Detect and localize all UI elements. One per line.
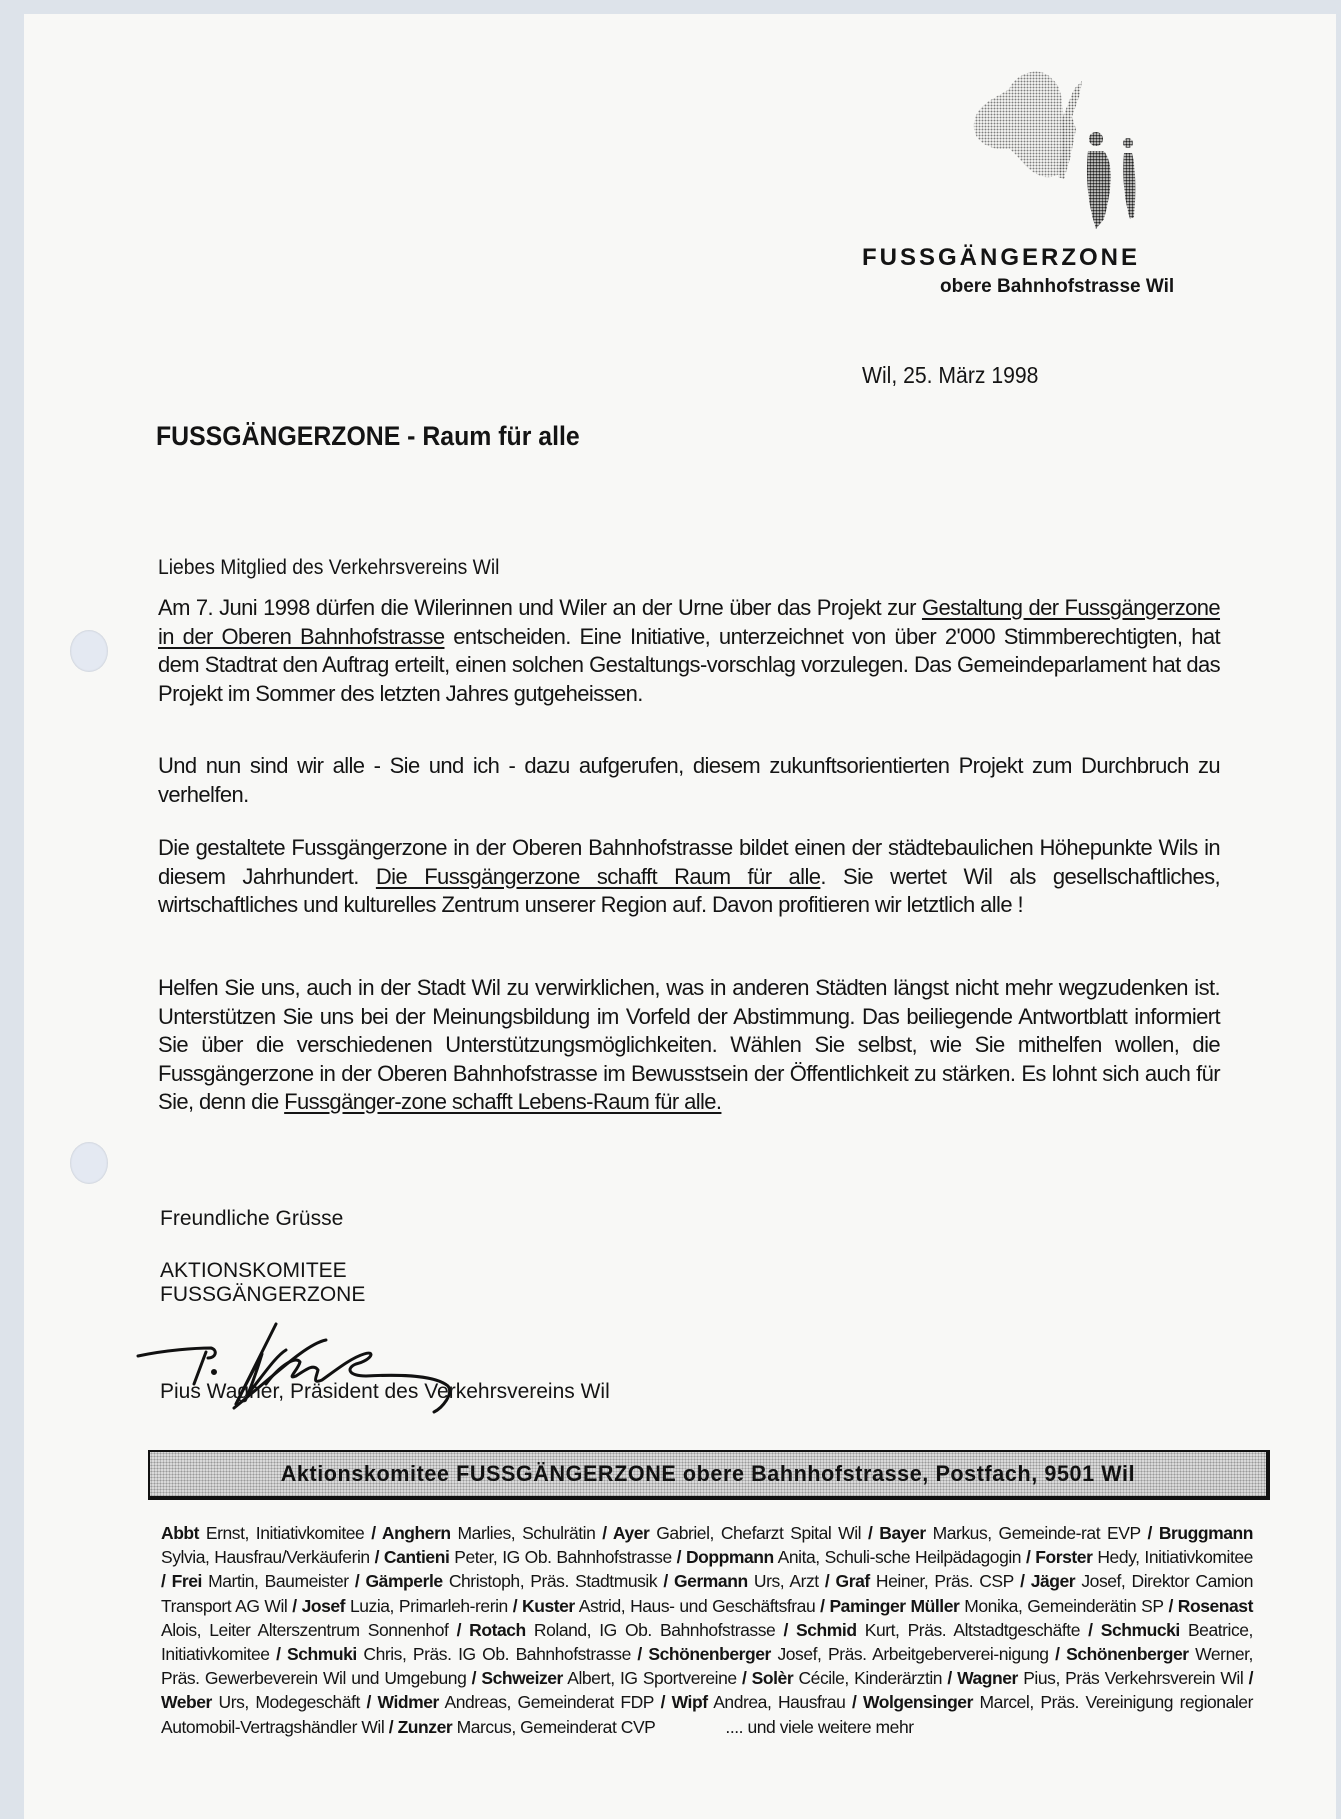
- member-detail: Martin, Baumeister: [202, 1571, 349, 1591]
- member-detail: Andrea, Hausfrau: [708, 1692, 846, 1712]
- handwritten-signature-icon: [136, 1314, 496, 1424]
- member-detail: Luzia, Primarleh-rerin: [345, 1596, 508, 1616]
- member-detail: Chris, Präs. IG Ob. Bahnhofstrasse: [357, 1644, 631, 1664]
- member-separator: /: [448, 1620, 469, 1640]
- underlined-phrase: Fussgänger-zone schafft Lebens-Raum für …: [284, 1089, 721, 1114]
- member-name: Bruggmann: [1159, 1523, 1253, 1543]
- member-separator: /: [1049, 1644, 1067, 1664]
- letterhead-title: FUSSGÄNGERZONE: [862, 244, 1140, 272]
- member-separator: /: [595, 1523, 613, 1543]
- member-separator: /: [672, 1547, 686, 1567]
- member-name: Frei: [172, 1571, 202, 1591]
- member-name: Wagner: [957, 1668, 1018, 1688]
- member-separator: /: [1014, 1571, 1031, 1591]
- member-separator: /: [631, 1644, 649, 1664]
- member-detail: Andreas, Gemeinderat FDP: [439, 1692, 654, 1712]
- members-more-note: .... und viele weitere mehr: [725, 1717, 913, 1737]
- member-detail: Sylvia, Hausfrau/Verkäuferin: [161, 1547, 370, 1567]
- member-name: Schweizer: [481, 1668, 563, 1688]
- member-separator: /: [360, 1692, 378, 1712]
- member-detail: Pius, Präs Verkehrsverein Wil: [1018, 1668, 1243, 1688]
- member-detail: Christoph, Präs. Stadtmusik: [443, 1571, 658, 1591]
- member-name: Schmid: [796, 1620, 857, 1640]
- member-detail: Astrid, Haus- und Geschäftsfrau: [575, 1596, 815, 1616]
- member-detail: Josef, Präs. Arbeitgeberverei-nigung: [771, 1644, 1049, 1664]
- member-separator: /: [1164, 1596, 1178, 1616]
- member-separator: /: [654, 1692, 672, 1712]
- committee-name-line1: AKTIONSKOMITEE: [160, 1258, 347, 1283]
- member-name: Rosenast: [1178, 1596, 1253, 1616]
- closing-greeting: Freundliche Grüsse: [160, 1206, 343, 1231]
- member-separator: /: [270, 1644, 288, 1664]
- member-name: Jäger: [1031, 1571, 1075, 1591]
- member-name: Abbt: [161, 1523, 199, 1543]
- member-detail: Albert, IG Sportvereine: [563, 1668, 737, 1688]
- signatory: Pius Wagner, Präsident des Verkehrsverei…: [160, 1379, 610, 1404]
- paragraph-text: Und nun sind wir alle - Sie und ich - da…: [158, 753, 1220, 807]
- member-detail: Marlies, Schulrätin: [451, 1523, 596, 1543]
- member-detail: Alois, Leiter Alterszentrum Sonnenhof: [161, 1620, 448, 1640]
- letter-headline: FUSSGÄNGERZONE - Raum für alle: [156, 421, 580, 452]
- underlined-phrase: Die Fussgängerzone schafft Raum für alle: [376, 864, 821, 889]
- banner-text: Aktionskomitee FUSSGÄNGERZONE obere Bahn…: [281, 1461, 1135, 1487]
- member-name: Ayer: [613, 1523, 649, 1543]
- member-separator: /: [508, 1596, 522, 1616]
- member-separator: /: [845, 1692, 863, 1712]
- member-detail: Gabriel, Chefarzt Spital Wil: [649, 1523, 861, 1543]
- body-paragraph: Am 7. Juni 1998 dürfen die Wilerinnen un…: [158, 594, 1220, 708]
- member-name: Schönenberger: [648, 1644, 771, 1664]
- member-detail: Peter, IG Ob. Bahnhofstrasse: [449, 1547, 671, 1567]
- member-separator: /: [819, 1571, 836, 1591]
- member-detail: Cécile, Kinderärztin: [793, 1668, 942, 1688]
- member-name: Schönenberger: [1066, 1644, 1189, 1664]
- letter-date: Wil, 25. März 1998: [862, 362, 1038, 389]
- member-detail: Urs, Arzt: [748, 1571, 819, 1591]
- member-separator: /: [815, 1596, 829, 1616]
- member-name: Zunzer: [398, 1717, 453, 1737]
- member-name: Doppmann: [686, 1547, 774, 1567]
- member-separator: /: [466, 1668, 481, 1688]
- member-name: Schmuki: [287, 1644, 357, 1664]
- member-separator: /: [1080, 1620, 1101, 1640]
- member-detail: Marcus, Gemeinderat CVP: [452, 1717, 655, 1737]
- committee-address-banner: Aktionskomitee FUSSGÄNGERZONE obere Bahn…: [148, 1450, 1270, 1500]
- letterhead-subtitle: obere Bahnhofstrasse Wil: [940, 276, 1174, 298]
- member-separator: /: [364, 1523, 382, 1543]
- member-name: Kuster: [522, 1596, 575, 1616]
- member-detail: Roland, IG Ob. Bahnhofstrasse: [526, 1620, 776, 1640]
- member-name: Schmucki: [1101, 1620, 1180, 1640]
- member-detail: Markus, Gemeinde-rat EVP: [926, 1523, 1141, 1543]
- member-name: Rotach: [469, 1620, 526, 1640]
- member-detail: Urs, Modegeschäft: [212, 1692, 360, 1712]
- member-separator: /: [1243, 1668, 1253, 1688]
- member-detail: Kurt, Präs. Altstadtgeschäfte: [857, 1620, 1080, 1640]
- member-name: Weber: [161, 1692, 212, 1712]
- member-separator: /: [861, 1523, 879, 1543]
- member-separator: /: [370, 1547, 384, 1567]
- member-detail: Anita, Schuli-sche Heilpädagogin: [774, 1547, 1021, 1567]
- member-name: Widmer: [378, 1692, 439, 1712]
- member-name: Paminger Müller: [829, 1596, 959, 1616]
- member-separator: /: [942, 1668, 957, 1688]
- committee-members-list: Abbt Ernst, Initiativkomitee / Anghern M…: [161, 1521, 1253, 1739]
- member-name: Gämperle: [366, 1571, 443, 1591]
- member-name: Solèr: [752, 1668, 794, 1688]
- member-separator: /: [287, 1596, 301, 1616]
- member-detail: Monika, Gemeinderätin SP: [959, 1596, 1163, 1616]
- member-name: Wolgensinger: [863, 1692, 973, 1712]
- body-paragraph: Und nun sind wir alle - Sie und ich - da…: [158, 752, 1220, 809]
- letter-page: FUSSGÄNGERZONE obere Bahnhofstrasse Wil …: [24, 14, 1336, 1819]
- member-name: Graf: [836, 1571, 870, 1591]
- body-paragraph: Helfen Sie uns, auch in der Stadt Wil zu…: [158, 974, 1220, 1117]
- member-separator: /: [1021, 1547, 1035, 1567]
- member-name: Anghern: [382, 1523, 451, 1543]
- member-detail: Heiner, Präs. CSP: [870, 1571, 1014, 1591]
- member-name: Cantieni: [384, 1547, 449, 1567]
- pedestrians-logo-icon: [954, 59, 1174, 239]
- committee-name-line2: FUSSGÄNGERZONE: [160, 1282, 365, 1307]
- member-name: Bayer: [879, 1523, 925, 1543]
- salutation: Liebes Mitglied des Verkehrsvereins Wil: [158, 556, 499, 580]
- member-separator: /: [737, 1668, 752, 1688]
- member-separator: /: [349, 1571, 366, 1591]
- member-separator: /: [1141, 1523, 1159, 1543]
- punch-hole-bottom: [70, 1142, 108, 1184]
- member-name: Germann: [674, 1571, 748, 1591]
- member-detail: Ernst, Initiativkomitee: [199, 1523, 364, 1543]
- body-paragraph: Die gestaltete Fussgängerzone in der Obe…: [158, 834, 1220, 920]
- member-name: Forster: [1035, 1547, 1092, 1567]
- paragraph-text: Am 7. Juni 1998 dürfen die Wilerinnen un…: [158, 595, 922, 620]
- member-separator: /: [384, 1717, 397, 1737]
- member-separator: /: [161, 1571, 172, 1591]
- punch-hole-top: [70, 630, 108, 672]
- member-separator: /: [775, 1620, 796, 1640]
- member-separator: /: [657, 1571, 674, 1591]
- member-name: Josef: [302, 1596, 345, 1616]
- member-name: Wipf: [672, 1692, 708, 1712]
- member-detail: Hedy, Initiativkomitee: [1092, 1547, 1253, 1567]
